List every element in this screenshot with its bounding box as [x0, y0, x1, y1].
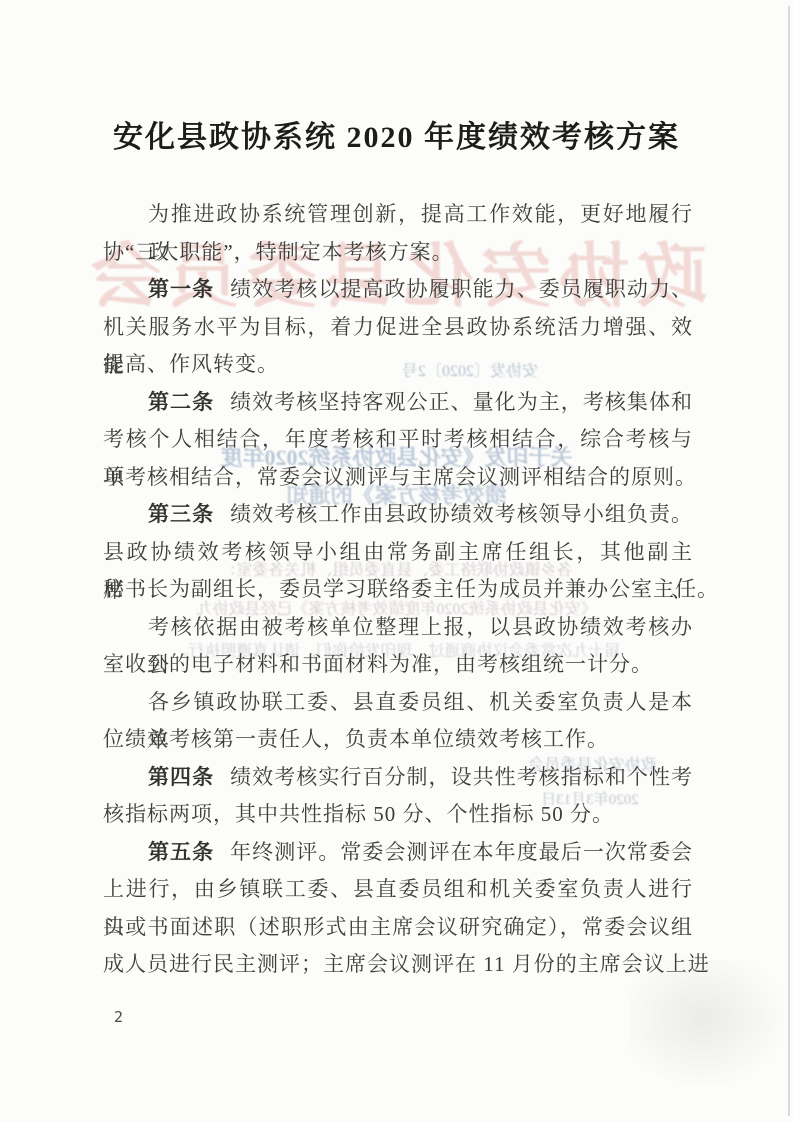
body-line: 第三条绩效考核工作由县政协绩效考核领导小组负责。: [148, 495, 693, 533]
clause-label: 第四条: [148, 766, 214, 789]
body-line-text: 室收到的电子材料和书面材料为准，由考核组统一计分。: [103, 652, 653, 676]
body-line: 考核个人相结合，年度考核和平时考核相结合，综合考核与单: [103, 420, 693, 458]
clause-label: 第三条: [148, 503, 214, 526]
body-line-text: 位绩效考核第一责任人，负责本单位绩效考核工作。: [103, 727, 609, 751]
document-title: 安化县政协系统 2020 年度绩效考核方案: [0, 112, 793, 156]
body-line: 第一条绩效考核以提高政协履职能力、委员履职动力、: [148, 270, 693, 308]
scanned-document-page: 政协安化县委员会 安协发〔2020〕2号 关于印发《安化县政协系统2020年度 …: [0, 0, 793, 1122]
body-line-text: 核指标两项，其中共性指标 50 分、个性指标 50 分。: [103, 802, 614, 826]
body-line-text: 绩效考核以提高政协履职能力、委员履职动力、: [230, 277, 693, 301]
body-line: 成人员进行民主测评；主席会议测评在 11 月份的主席会议上进: [103, 945, 693, 983]
body-line: 县政协绩效考核领导小组由常务副主席任组长，其他副主席、: [103, 533, 693, 571]
page-number: 2: [114, 1008, 123, 1026]
document-content: 安化县政协系统 2020 年度绩效考核方案 为推进政协系统管理创新，提高工作效能…: [0, 0, 793, 1122]
body-line-text: 协“三大职能”，特制定本考核方案。: [103, 240, 454, 264]
body-line: 协“三大职能”，特制定本考核方案。: [103, 233, 693, 271]
body-line: 项考核相结合，常委会议测评与主席会议测评相结合的原则。: [103, 458, 693, 496]
body-line-text: 年终测评。常委会测评在本年度最后一次常委会: [230, 840, 693, 864]
body-line: 室收到的电子材料和书面材料为准，由考核组统一计分。: [103, 645, 693, 683]
body-line-text: 绩效考核坚持客观公正、量化为主，考核集体和: [230, 390, 693, 414]
body-line-text: 提高、作风转变。: [103, 352, 279, 376]
body-line: 第二条绩效考核坚持客观公正、量化为主，考核集体和: [148, 383, 693, 421]
scan-edge-line: [788, 6, 790, 1116]
body-line: 秘书长为副组长，委员学习联络委主任为成员并兼办公室主任。: [103, 570, 693, 608]
body-line-text: 成人员进行民主测评；主席会议测评在 11 月份的主席会议上进: [103, 952, 710, 976]
body-line: 各乡镇政协联工委、县直委员组、机关委室负责人是本单: [148, 683, 693, 721]
body-line: 第四条绩效考核实行百分制，设共性考核指标和个性考: [148, 758, 693, 796]
body-line: 上进行，由乡镇联工委、县直委员组和机关委室负责人进行口: [103, 870, 693, 908]
body-line-text: 绩效考核实行百分制，设共性考核指标和个性考: [230, 765, 693, 789]
body-line-text: 绩效考核工作由县政协绩效考核领导小组负责。: [230, 502, 693, 526]
body-line-text: 头或书面述职（述职形式由主席会议研究确定），常委会议组: [103, 915, 693, 939]
body-line: 为推进政协系统管理创新，提高工作效能，更好地履行政: [148, 195, 693, 233]
body-line: 核指标两项，其中共性指标 50 分、个性指标 50 分。: [103, 795, 693, 833]
body-line-text: 秘书长为副组长，委员学习联络委主任为成员并兼办公室主任。: [103, 577, 719, 601]
body-line: 考核依据由被考核单位整理上报，以县政协绩效考核办公: [148, 608, 693, 646]
body-line: 第五条年终测评。常委会测评在本年度最后一次常委会: [148, 833, 693, 871]
body-line: 位绩效考核第一责任人，负责本单位绩效考核工作。: [103, 720, 693, 758]
clause-label: 第五条: [148, 841, 214, 864]
clause-label: 第二条: [148, 391, 214, 414]
body-line-text: 项考核相结合，常委会议测评与主席会议测评相结合的原则。: [103, 465, 697, 489]
body-line: 机关服务水平为目标，着力促进全县政协系统活力增强、效能: [103, 308, 693, 346]
body-line: 提高、作风转变。: [103, 345, 693, 383]
body-line: 头或书面述职（述职形式由主席会议研究确定），常委会议组: [103, 908, 693, 946]
clause-label: 第一条: [148, 278, 214, 301]
